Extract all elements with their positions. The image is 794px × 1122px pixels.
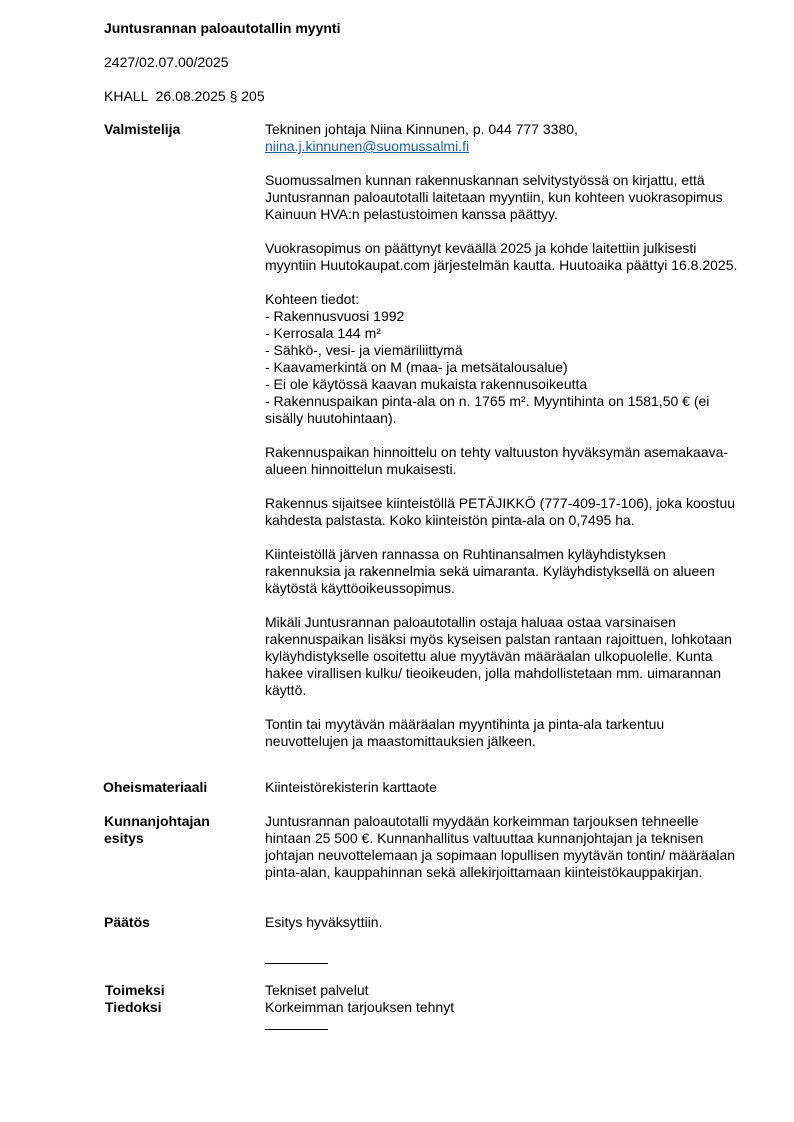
meeting-reference: KHALL 26.08.2025 § 205 (104, 88, 265, 104)
paragraph-final-price: Tontin tai myytävän määräalan myyntihint… (265, 716, 745, 750)
label-line: esitys (104, 830, 210, 847)
assignment-text: Tekniset palvelut (265, 982, 745, 999)
property-details-list: - Rakennusvuosi 1992 - Kerrosala 144 m² … (265, 308, 745, 427)
label-tiedoksi: Tiedoksi (105, 999, 162, 1015)
label-oheismateriaali: Oheismateriaali (103, 779, 207, 795)
paragraph-parcel-division: Mikäli Juntusrannan paloautotallin ostaj… (265, 614, 745, 699)
separator-line (265, 963, 328, 964)
preparer-email-link[interactable]: niina.j.kinnunen@suomussalmi.fi (265, 138, 469, 154)
detail-item: - Kaavamerkintä on M (maa- ja metsätalou… (265, 359, 745, 376)
detail-item: - Ei ole käytössä kaavan mukaista rakenn… (265, 376, 745, 393)
detail-item: - Rakennusvuosi 1992 (265, 308, 745, 325)
proposal-text: Juntusrannan paloautotalli myydään korke… (265, 813, 745, 881)
label-kunnanjohtajan-esitys: Kunnanjohtajan esitys (104, 813, 210, 847)
detail-item: - Kerrosala 144 m² (265, 325, 745, 342)
valmistelija-content: Tekninen johtaja Niina Kinnunen, p. 044 … (265, 121, 745, 750)
paragraph-auction: Vuokrasopimus on päättynyt keväällä 2025… (265, 240, 745, 274)
detail-item: - Rakennuspaikan pinta-ala on n. 1765 m²… (265, 393, 745, 427)
decision-text: Esitys hyväksyttiin. (265, 914, 745, 931)
detail-item: - Sähkö-, vesi- ja viemäriliittymä (265, 342, 745, 359)
record-number: 2427/02.07.00/2025 (104, 54, 229, 70)
document-title: Juntusrannan paloautotallin myynti (104, 20, 340, 36)
paragraph-pricing: Rakennuspaikan hinnoittelu on tehty valt… (265, 444, 745, 478)
label-valmistelija: Valmistelija (104, 121, 180, 137)
preparer-info: Tekninen johtaja Niina Kinnunen, p. 044 … (265, 121, 745, 138)
label-toimeksi: Toimeksi (105, 982, 165, 998)
label-line: Kunnanjohtajan (104, 813, 210, 830)
paragraph-background: Suomussalmen kunnan rakennuskannan selvi… (265, 172, 745, 223)
notification-text: Korkeimman tarjouksen tehnyt (265, 999, 745, 1016)
attachment-text: Kiinteistörekisterin karttaote (265, 779, 745, 796)
label-paatos: Päätös (104, 914, 150, 930)
paragraph-village-association: Kiinteistöllä järven rannassa on Ruhtina… (265, 546, 745, 597)
details-heading: Kohteen tiedot: (265, 291, 745, 308)
paragraph-property: Rakennus sijaitsee kiinteistöllä PETÄJIK… (265, 495, 745, 529)
separator-line (265, 1029, 328, 1030)
